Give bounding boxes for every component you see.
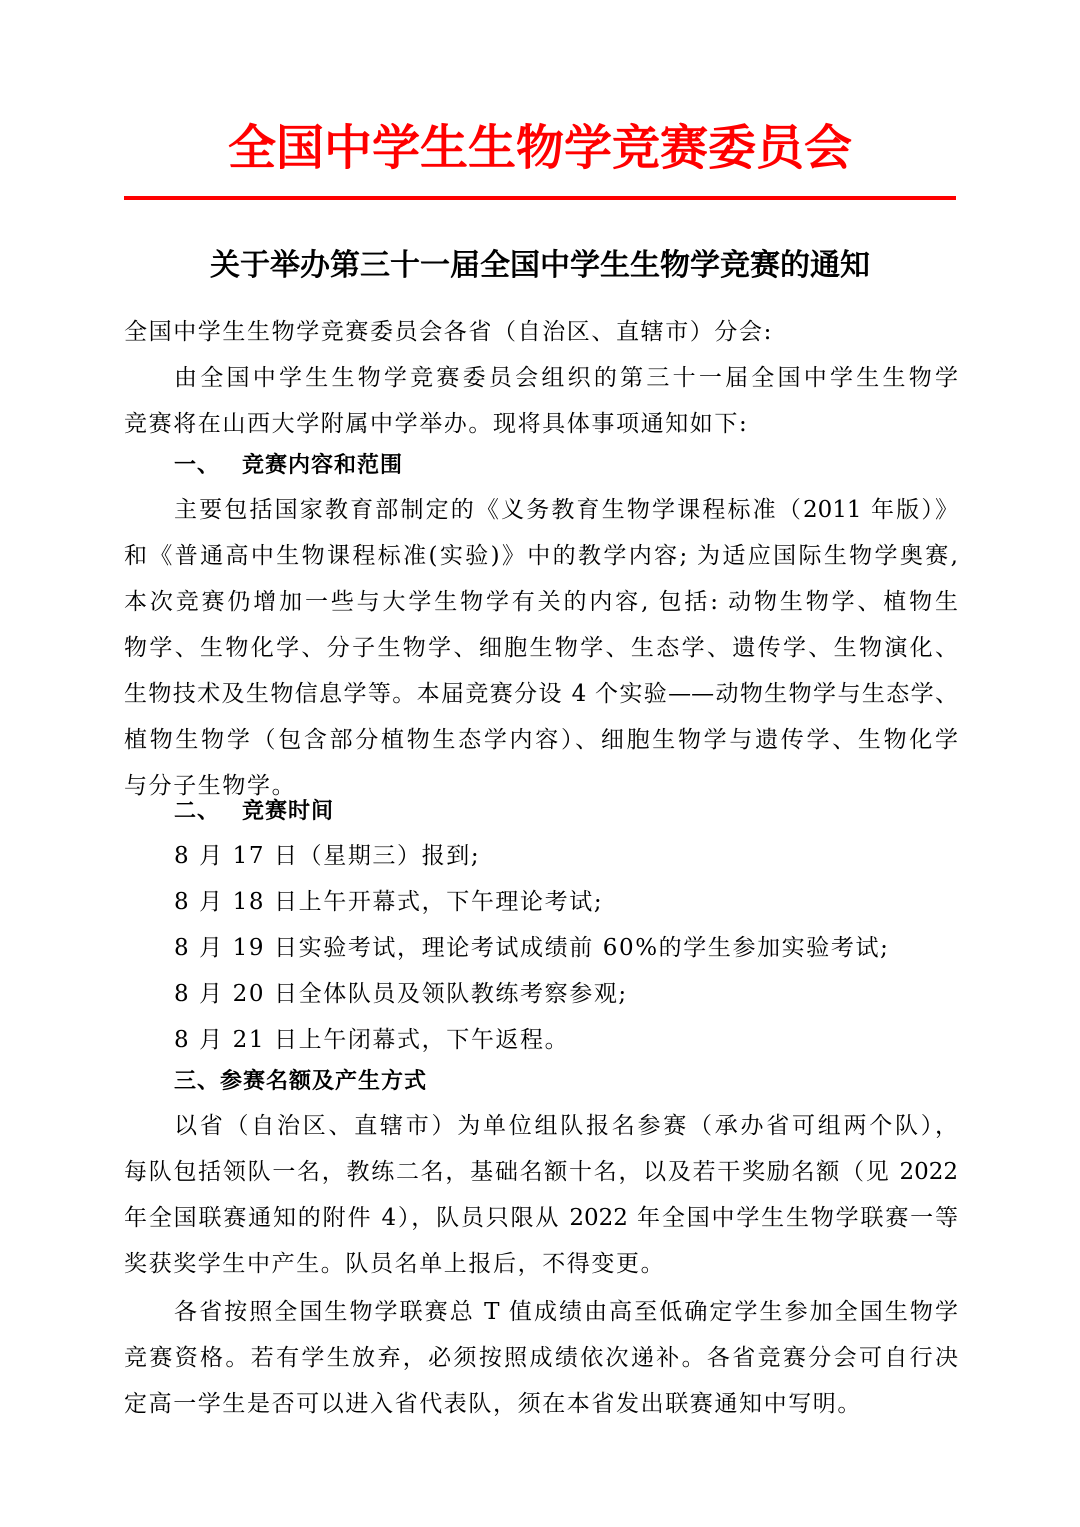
section-title: 参赛名额及产生方式 [220,1069,427,1094]
section-heading-1: 一、竞赛内容和范围 [174,450,958,482]
section-number: 二、 [174,796,242,828]
notice-title: 关于举办第三十一届全国中学生生物学竞赛的通知 [0,244,1080,288]
schedule-item: 8 月 19 日实验考试，理论考试成绩前 60%的学生参加实验考试; [174,932,958,964]
document-page: 全国中学生生物学竞赛委员会 关于举办第三十一届全国中学生生物学竞赛的通知 全国中… [0,0,1080,1527]
body-line: 物学、生物化学、分子生物学、细胞生物学、生态学、遗传学、生物演化、 [124,632,958,664]
intro-line: 由全国中学生生物学竞赛委员会组织的第三十一届全国中学生生物学 [174,362,958,394]
schedule-item: 8 月 21 日上午闭幕式，下午返程。 [174,1024,958,1056]
section-number: 一、 [174,450,242,482]
salutation: 全国中学生生物学竞赛委员会各省（自治区、直辖市）分会: [124,316,958,348]
body-line: 定高一学生是否可以进入省代表队，须在本省发出联赛通知中写明。 [124,1388,958,1420]
body-line: 以省（自治区、直辖市）为单位组队报名参赛（承办省可组两个队）， [174,1110,958,1142]
body-line: 主要包括国家教育部制定的《义务教育生物学课程标准（2011 年版）》 [174,494,958,526]
organization-header: 全国中学生生物学竞赛委员会 [0,118,1080,178]
body-line: 植物生物学（包含部分植物生态学内容）、细胞生物学与遗传学、生物化学 [124,724,958,756]
schedule-item: 8 月 17 日（星期三）报到; [174,840,958,872]
body-line: 和《普通高中生物课程标准(实验)》中的教学内容; 为适应国际生物学奥赛, [124,540,958,572]
body-line: 各省按照全国生物学联赛总 T 值成绩由高至低确定学生参加全国生物学 [174,1296,958,1328]
red-divider-rule [124,196,956,200]
body-line: 每队包括领队一名，教练二名，基础名额十名，以及若干奖励名额（见 2022 [124,1156,958,1188]
section-title: 竞赛内容和范围 [242,453,403,478]
body-line: 竞赛资格。若有学生放弃，必须按照成绩依次递补。各省竞赛分会可自行决 [124,1342,958,1374]
section-number: 三、 [174,1069,220,1094]
body-line: 年全国联赛通知的附件 4），队员只限从 2022 年全国中学生生物学联赛一等 [124,1202,958,1234]
body-line: 本次竞赛仍增加一些与大学生物学有关的内容, 包括: 动物生物学、植物生 [124,586,958,618]
section-title: 竞赛时间 [242,799,334,824]
schedule-item: 8 月 20 日全体队员及领队教练考察参观; [174,978,958,1010]
intro-line: 竞赛将在山西大学附属中学举办。现将具体事项通知如下: [124,408,958,440]
body-line: 奖获奖学生中产生。队员名单上报后，不得变更。 [124,1248,958,1280]
section-heading-3: 三、参赛名额及产生方式 [174,1066,958,1098]
body-line: 生物技术及生物信息学等。本届竞赛分设 4 个实验——动物生物学与生态学、 [124,678,958,710]
section-heading-2: 二、竞赛时间 [174,796,958,828]
schedule-item: 8 月 18 日上午开幕式，下午理论考试; [174,886,958,918]
